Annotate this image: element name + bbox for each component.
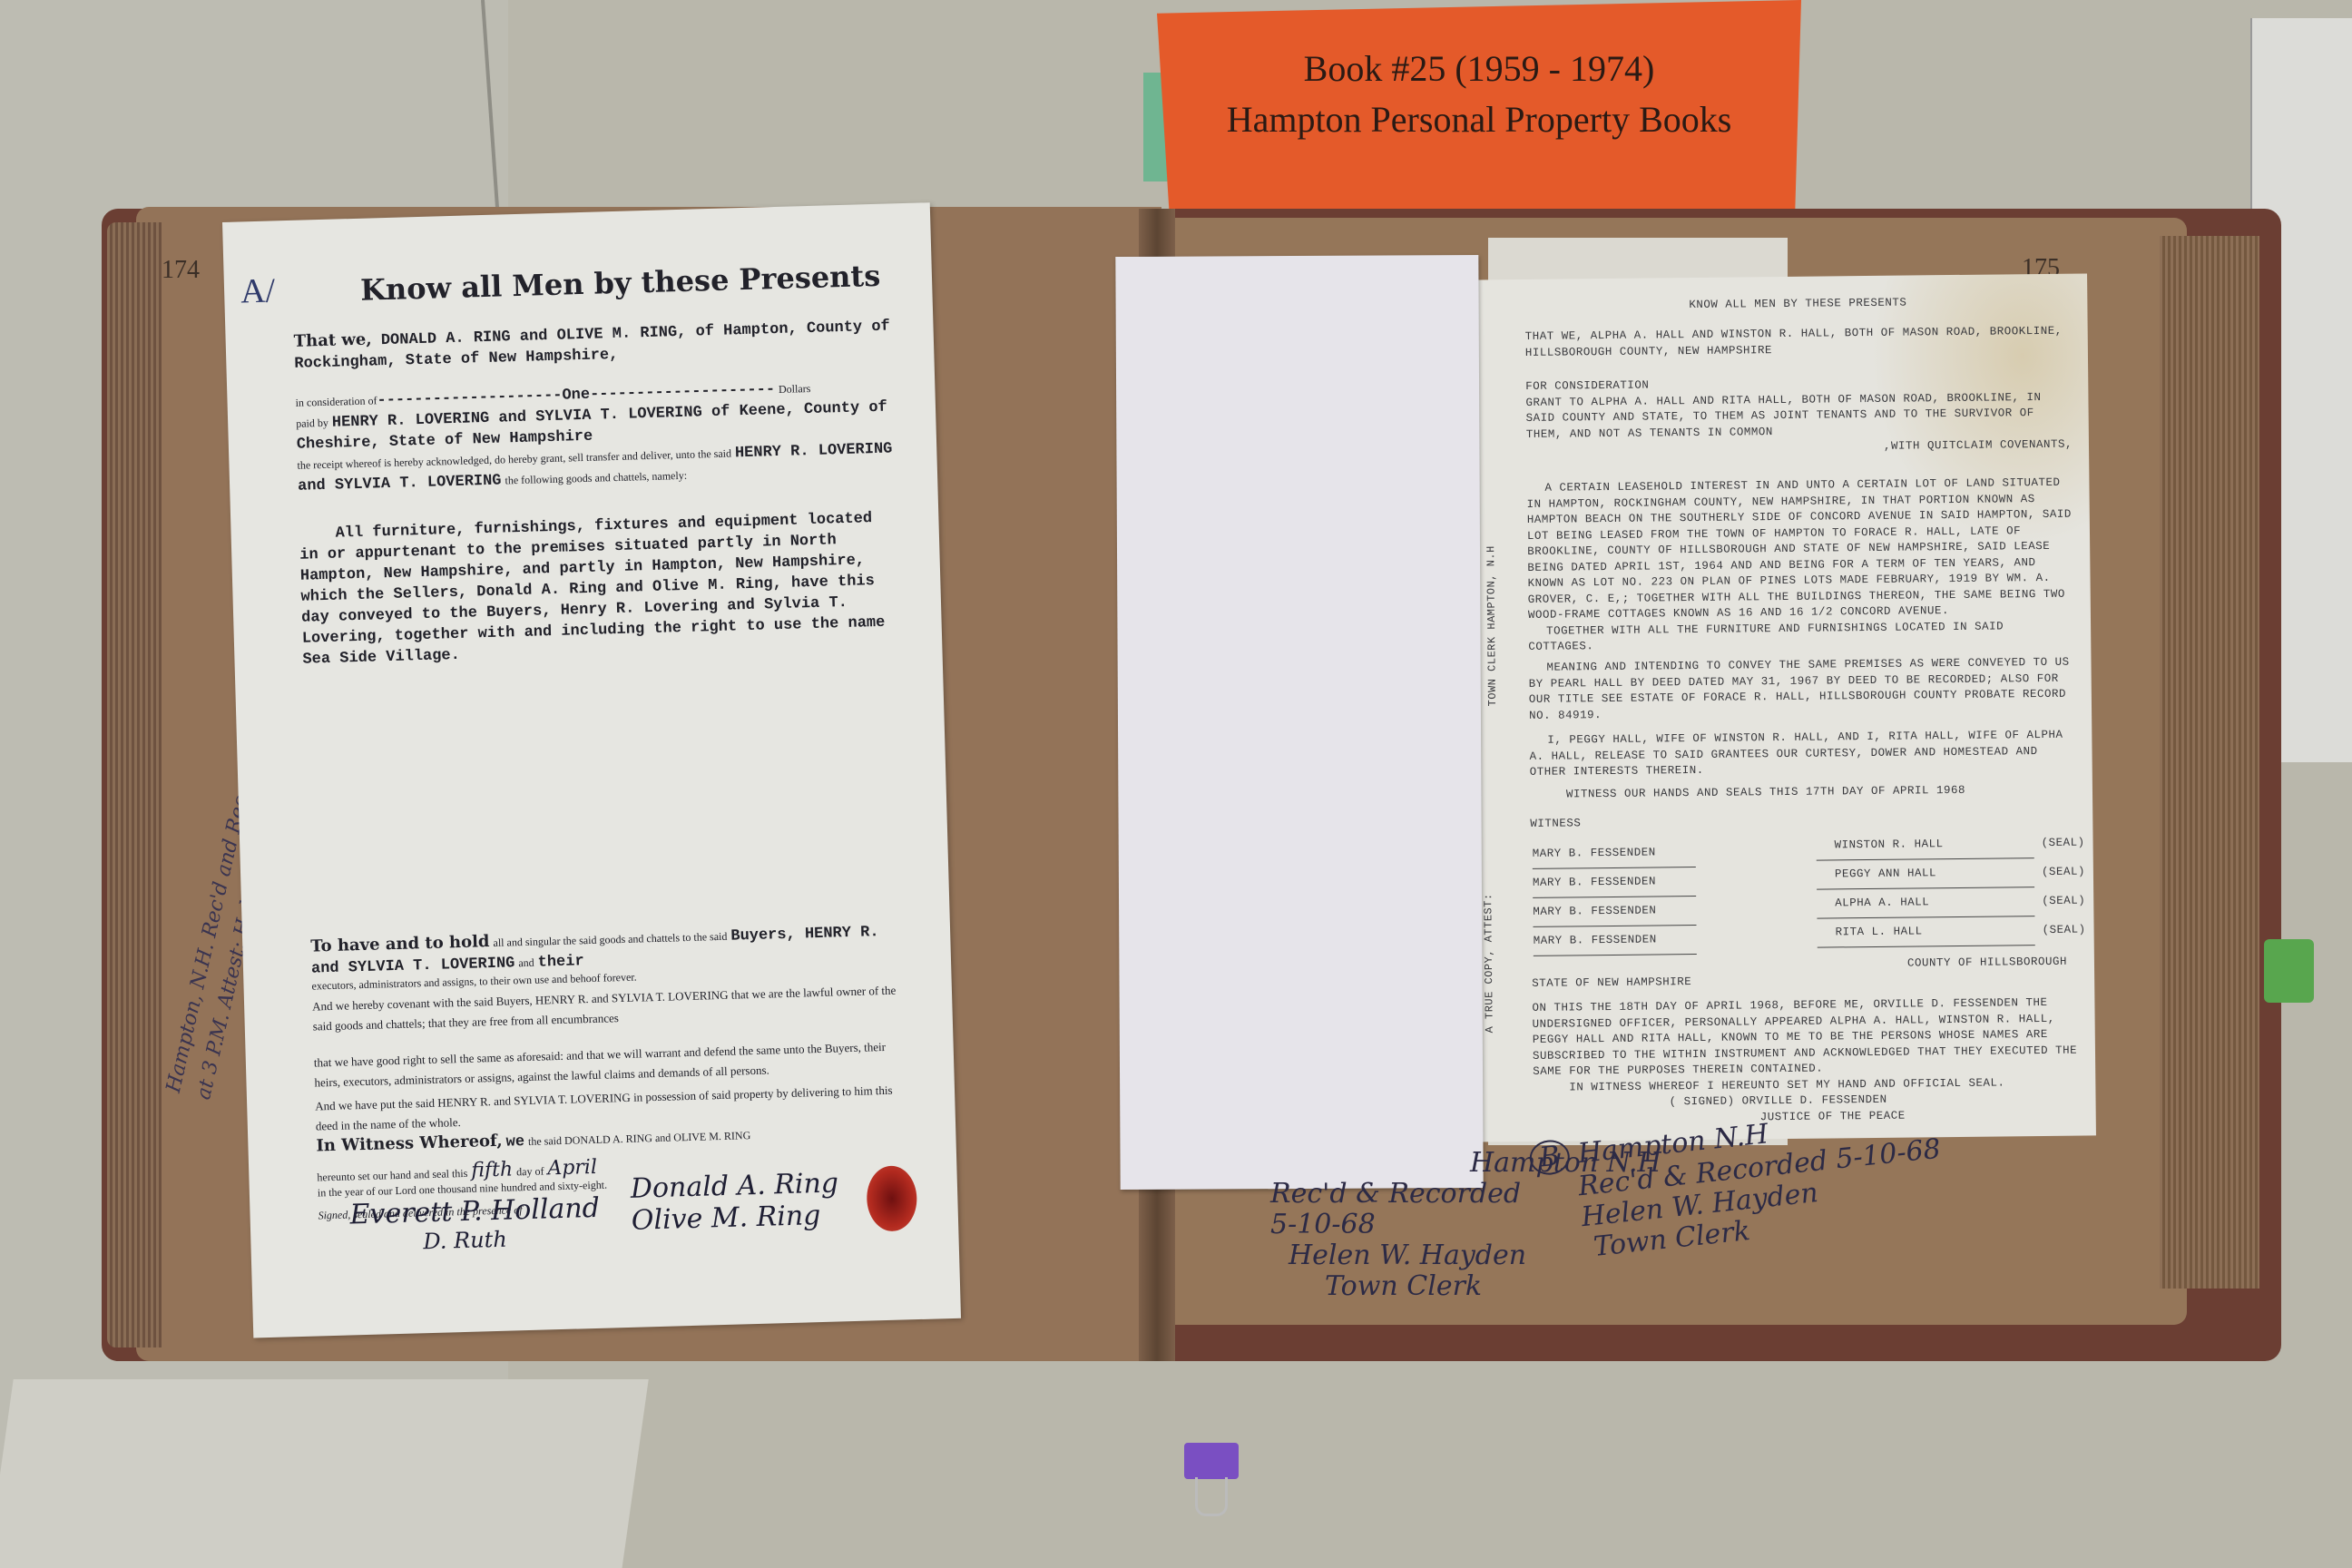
witness-name: MARY B. FESSENDEN [1533, 838, 1696, 869]
seal-label: (SEAL) [2043, 924, 2086, 937]
state-label: STATE OF NEW HAMPSHIRE [1532, 971, 2078, 993]
witness-name: MARY B. FESSENDEN [1533, 897, 1696, 927]
signer-name: RITA L. HALL [1817, 916, 2034, 948]
paid-by-label: paid by [296, 416, 328, 430]
month-value: April [547, 1156, 597, 1181]
property-description: A CERTAIN LEASEHOLD INTEREST IN AND UNTO… [1526, 475, 2074, 624]
goods-label: the following goods and chattels, namely… [505, 469, 687, 487]
grantor-signature: Olive M. Ring [631, 1199, 839, 1236]
binder-clip [1184, 1443, 1239, 1479]
grantor-text: DONALD A. RING and OLIVE M. RING, of Ham… [294, 318, 890, 373]
grant-clause: GRANT TO ALPHA A. HALL AND RITA HALL, BO… [1525, 389, 2073, 443]
habendum-and: and [518, 956, 534, 969]
signer-name: PEGGY ANN HALL [1817, 858, 2034, 890]
consideration-label: in consideration of [295, 394, 377, 409]
acknowledgment-text: ON THIS THE 18TH DAY OF APRIL 1968, BEFO… [1532, 995, 2079, 1081]
true-copy-attest: A TRUE COPY, ATTEST: [1481, 893, 1498, 1033]
habendum-text: all and singular the said goods and chat… [493, 930, 727, 949]
hereunto-text: hereunto set our hand and seal this [317, 1167, 467, 1184]
book-collection-label: Hampton Personal Property Books [1157, 98, 1801, 141]
green-clip [2264, 939, 2314, 1003]
note-line: Town Clerk [1325, 1271, 1661, 1302]
seal-label: (SEAL) [2042, 895, 2085, 908]
witness-date-line: WITNESS OUR HANDS AND SEALS THIS 17TH DA… [1530, 782, 2076, 804]
day-value: fifth [471, 1158, 514, 1181]
witness-signature: D. Ruth [423, 1224, 601, 1254]
goods-description: All furniture, furnishings, fixtures and… [299, 507, 901, 670]
release-clause: I, PEGGY HALL, WIFE OF WINSTON R. HALL, … [1529, 728, 2076, 781]
habendum-their: their [537, 953, 584, 971]
blank-insert-sheet [1115, 255, 1483, 1190]
seal-label: (SEAL) [2042, 866, 2085, 879]
furnishings-clause: TOGETHER WITH ALL THE FURNITURE AND FURN… [1528, 618, 2074, 655]
signer-name: ALPHA A. HALL [1817, 887, 2034, 919]
signer-name: WINSTON R. HALL [1816, 829, 2033, 861]
witness-said: the said DONALD A. RING and OLIVE M. RIN… [528, 1129, 751, 1148]
circle-mark: B [1528, 1138, 1572, 1176]
quitclaim-deed-document: A TRUE COPY, ATTEST: TOWN CLERK HAMPTON,… [1470, 273, 2096, 1142]
page-number-left: 174 [162, 256, 200, 285]
book-number-label: Book #25 (1959 - 1974) [1157, 47, 1801, 90]
grantor-intro: That we, [293, 329, 372, 350]
page-stack-left [107, 222, 162, 1347]
corner-mark: A/ [240, 270, 276, 311]
deed-heading: Know all Men by these Presents [360, 259, 881, 308]
habendum-heading: To have and to hold [310, 932, 490, 955]
witness-name: MARY B. FESSENDEN [1534, 926, 1697, 956]
witness-we: we [505, 1133, 524, 1151]
table-sheet [0, 1379, 649, 1568]
grantor-clause: THAT WE, ALPHA A. HALL AND WINSTON R. HA… [1525, 324, 2072, 361]
bill-of-sale-document: A/ Know all Men by these Presents That w… [222, 202, 961, 1338]
book-tab-label: Book #25 (1959 - 1974) Hampton Personal … [1157, 0, 1801, 222]
meaning-clause: MEANING AND INTENDING TO CONVEY THE SAME… [1528, 655, 2075, 724]
page-stack-right [2160, 236, 2259, 1289]
day-of-label: day of [516, 1165, 544, 1179]
seal-label: (SEAL) [2042, 837, 2085, 850]
dollars-label: Dollars [779, 382, 811, 396]
town-clerk-stamp: TOWN CLERK HAMPTON, N.H [1484, 545, 1501, 706]
witness-heading: In Witness Whereof, [316, 1132, 503, 1156]
county-label: COUNTY OF HILLSBOROUGH [1907, 955, 2067, 972]
witness-name: MARY B. FESSENDEN [1533, 867, 1696, 898]
